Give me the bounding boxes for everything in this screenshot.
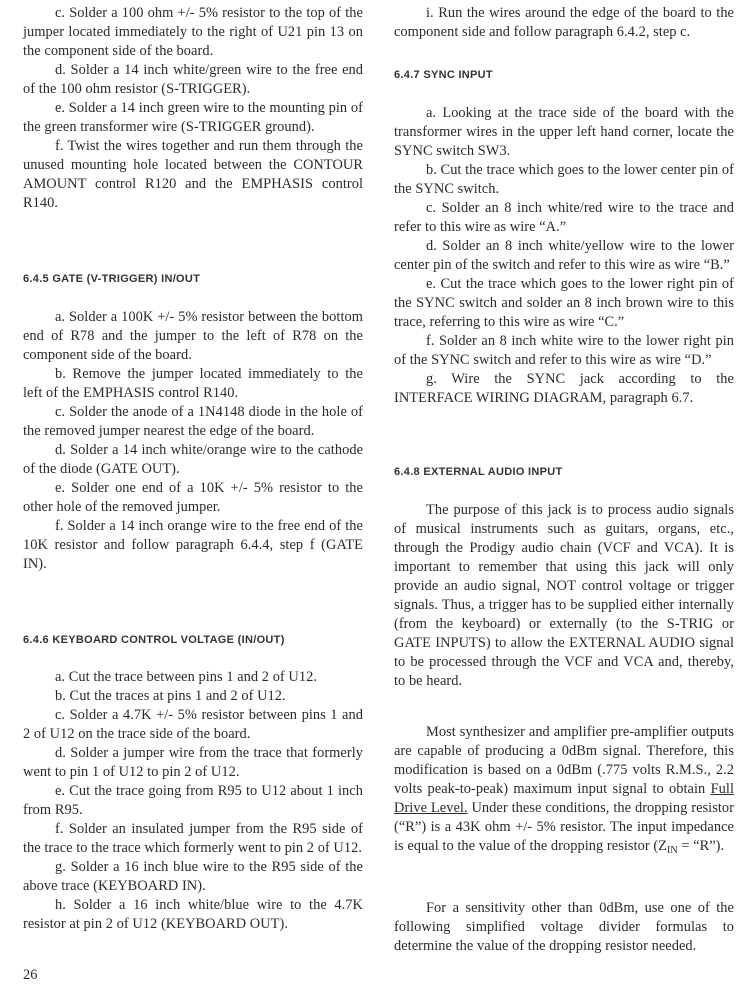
step-f: f. Solder an 8 inch white wire to the lo… — [394, 332, 734, 370]
step-c: c. Solder an 8 inch white/red wire to th… — [394, 199, 734, 237]
step-b: b. Remove the jumper located immediately… — [23, 365, 363, 403]
step-d: d. Solder an 8 inch white/yellow wire to… — [394, 237, 734, 275]
step-e: e. Cut the trace which goes to the lower… — [394, 275, 734, 332]
step-a: a. Solder a 100K +/- 5% resistor between… — [23, 308, 363, 365]
step-f: f. Solder a 14 inch orange wire to the f… — [23, 517, 363, 574]
step-c: c. Solder a 100 ohm +/- 5% resistor to t… — [23, 4, 363, 61]
s647-steps: a. Looking at the trace side of the boar… — [394, 104, 734, 408]
paragraph-sensitivity: For a sensitivity other than 0dBm, use o… — [394, 899, 734, 956]
section-heading-645: 6.4.5 GATE (V-TRIGGER) IN/OUT — [23, 272, 363, 286]
step-e: e. Solder one end of a 10K +/- 5% resist… — [23, 479, 363, 517]
step-g: g. Wire the SYNC jack according to the I… — [394, 370, 734, 408]
s648-body-2: Most synthesizer and amplifier pre-ampli… — [394, 723, 734, 856]
manual-page: c. Solder a 100 ohm +/- 5% resistor to t… — [0, 0, 741, 1000]
para-text-1: Most synthesizer and amplifier pre-ampli… — [394, 724, 734, 797]
step-e: e. Solder a 14 inch green wire to the mo… — [23, 99, 363, 137]
section-heading-646: 6.4.6 KEYBOARD CONTROL VOLTAGE (IN/OUT) — [23, 633, 363, 647]
step-c: c. Solder the anode of a 1N4148 diode in… — [23, 403, 363, 441]
s646-continued-steps: i. Run the wires around the edge of the … — [394, 4, 734, 42]
step-d: d. Solder a jumper wire from the trace t… — [23, 744, 363, 782]
step-f: f. Twist the wires together and run them… — [23, 137, 363, 213]
step-a: a. Cut the trace between pins 1 and 2 of… — [23, 668, 363, 687]
s648-body: The purpose of this jack is to process a… — [394, 501, 734, 691]
page-number: 26 — [23, 967, 37, 984]
step-d: d. Solder a 14 inch white/orange wire to… — [23, 441, 363, 479]
paragraph-full-drive-level: Most synthesizer and amplifier pre-ampli… — [394, 723, 734, 856]
step-g: g. Solder a 16 inch blue wire to the R95… — [23, 858, 363, 896]
step-f: f. Solder an insulated jumper from the R… — [23, 820, 363, 858]
step-c: c. Solder a 4.7K +/- 5% resistor between… — [23, 706, 363, 744]
s648-body-3: For a sensitivity other than 0dBm, use o… — [394, 899, 734, 956]
s646-steps: a. Cut the trace between pins 1 and 2 of… — [23, 668, 363, 934]
step-h: h. Solder a 16 inch white/blue wire to t… — [23, 896, 363, 934]
s645-steps: a. Solder a 100K +/- 5% resistor between… — [23, 308, 363, 574]
step-e: e. Cut the trace going from R95 to U12 a… — [23, 782, 363, 820]
step-b: b. Cut the trace which goes to the lower… — [394, 161, 734, 199]
section-heading-647: 6.4.7 SYNC INPUT — [394, 68, 734, 82]
s644-steps: c. Solder a 100 ohm +/- 5% resistor to t… — [23, 4, 363, 213]
subscript-in: IN — [667, 845, 678, 856]
paragraph-purpose: The purpose of this jack is to process a… — [394, 501, 734, 691]
step-d: d. Solder a 14 inch white/green wire to … — [23, 61, 363, 99]
step-i: i. Run the wires around the edge of the … — [394, 4, 734, 42]
step-a: a. Looking at the trace side of the boar… — [394, 104, 734, 161]
para-text-3: = “R”). — [678, 838, 724, 854]
step-b: b. Cut the traces at pins 1 and 2 of U12… — [23, 687, 363, 706]
section-heading-648: 6.4.8 EXTERNAL AUDIO INPUT — [394, 465, 734, 479]
